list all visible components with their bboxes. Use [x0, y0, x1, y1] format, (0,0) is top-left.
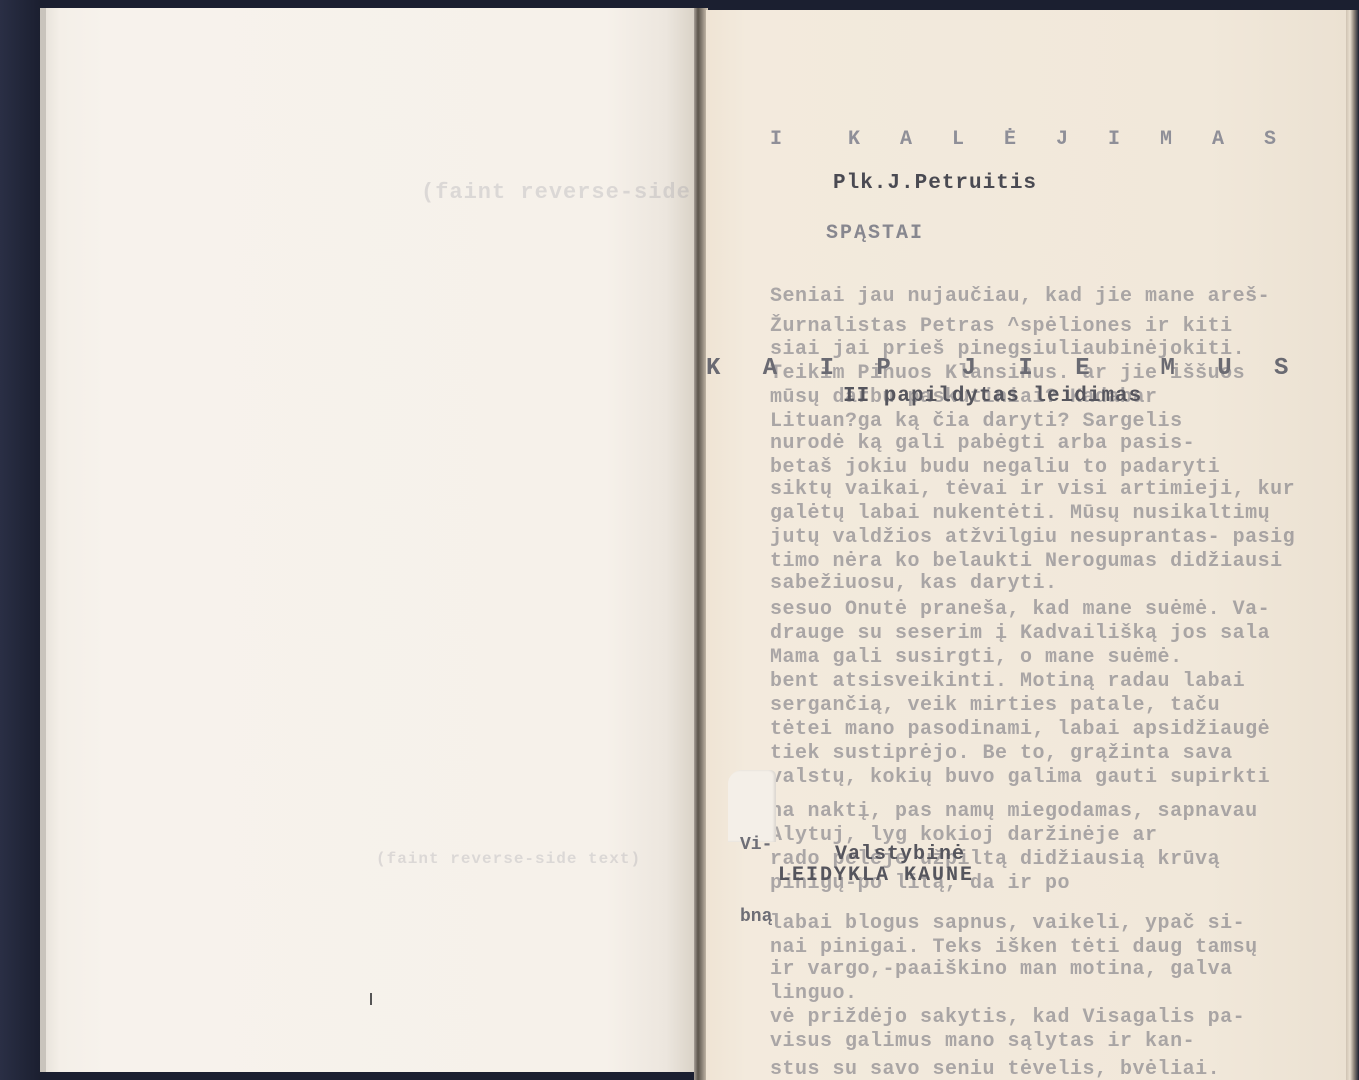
- edition-note: II papildytas leidimas: [843, 385, 1142, 408]
- body-text-line: jutų valdžios atžvilgiu nesuprantas- pas…: [770, 526, 1295, 549]
- body-text-line: sesuo Onutė praneša, kad mane suėmė. Va-: [770, 598, 1270, 621]
- publisher-line-1: Valstybinė: [835, 843, 965, 866]
- body-text-line: sabežiuosu, kas daryti.: [770, 572, 1058, 595]
- show-through-text: (faint reverse-side text): [376, 850, 641, 868]
- page-edge: [1346, 10, 1359, 1080]
- body-text-line: siktų vaikai, tėvai ir visi artimieji, k…: [770, 478, 1295, 501]
- torn-fragment-text: Vi- bną: [740, 785, 772, 953]
- publisher-line-2: LEIDYKLA KAUNE: [778, 864, 974, 887]
- left-page-blank: (faint reverse-side text) (faint reverse…: [46, 8, 696, 1072]
- body-text-line: drauge su seserim į Kadvailišką jos sala: [770, 622, 1270, 645]
- body-text-line: labai blogus sapnus, vaikeli, ypač si-: [770, 912, 1245, 935]
- body-text-line: tiek sustiprėjo. Be to, grąžinta sava: [770, 742, 1233, 765]
- body-text-line: Lituan?ga ką čia daryti? Sargelis: [770, 410, 1183, 433]
- book-title: K A I P J I E M U S S U Š A U D Ė: [706, 355, 1359, 382]
- body-text-line: Mama gali susirgti, o mane suėmė.: [770, 646, 1183, 669]
- author-name: Plk.J.Petruitis: [833, 172, 1037, 195]
- body-text-line: nurodė ką gali pabėgti arba pasis-: [770, 432, 1195, 455]
- section-heading: I K A L Ė J I M A S: [770, 128, 1290, 151]
- body-text-line: bent atsisveikinti. Motiną radau labai: [770, 670, 1245, 693]
- body-text-line: tėtei mano pasodinami, labai apsidžiaugė: [770, 718, 1270, 741]
- body-text-line: Seniai jau nujaučiau, kad jie mane areš-: [770, 285, 1270, 308]
- chapter-title: SPĄSTAI: [826, 222, 924, 245]
- body-text-line: na naktį, pas namų miegodamas, sapnavau: [770, 800, 1258, 823]
- body-text-line: timo nėra ko belaukti Nerogumas didžiaus…: [770, 550, 1283, 573]
- body-text-line: ir vargo,-paaiškino man motina, galva: [770, 958, 1233, 981]
- body-text-line: visus galimus mano sąlytas ir kan-: [770, 1030, 1195, 1053]
- body-text-line: linguo.: [770, 982, 858, 1005]
- ink-speck: [370, 993, 372, 1005]
- body-text-line: Žurnalistas Petras ^spėliones ir kiti: [770, 315, 1233, 338]
- body-text-line: stus su savo seniu tėvelis, bvėliai.: [770, 1058, 1220, 1080]
- body-text-line: valstų, kokių buvo galima gauti supirkti: [770, 766, 1270, 789]
- body-text-line: vė priždėjo sakytis, kad Visagalis pa-: [770, 1006, 1245, 1029]
- body-text-line: nai pinigai. Teks išken tėti daug tamsų: [770, 936, 1258, 959]
- body-text-line: betaš jokiu budu negaliu to padaryti: [770, 456, 1220, 479]
- body-text-line: sergančią, veik mirties patale, taču: [770, 694, 1220, 717]
- body-text-line: galėtų labai nukentėti. Mūsų nusikaltimų: [770, 502, 1270, 525]
